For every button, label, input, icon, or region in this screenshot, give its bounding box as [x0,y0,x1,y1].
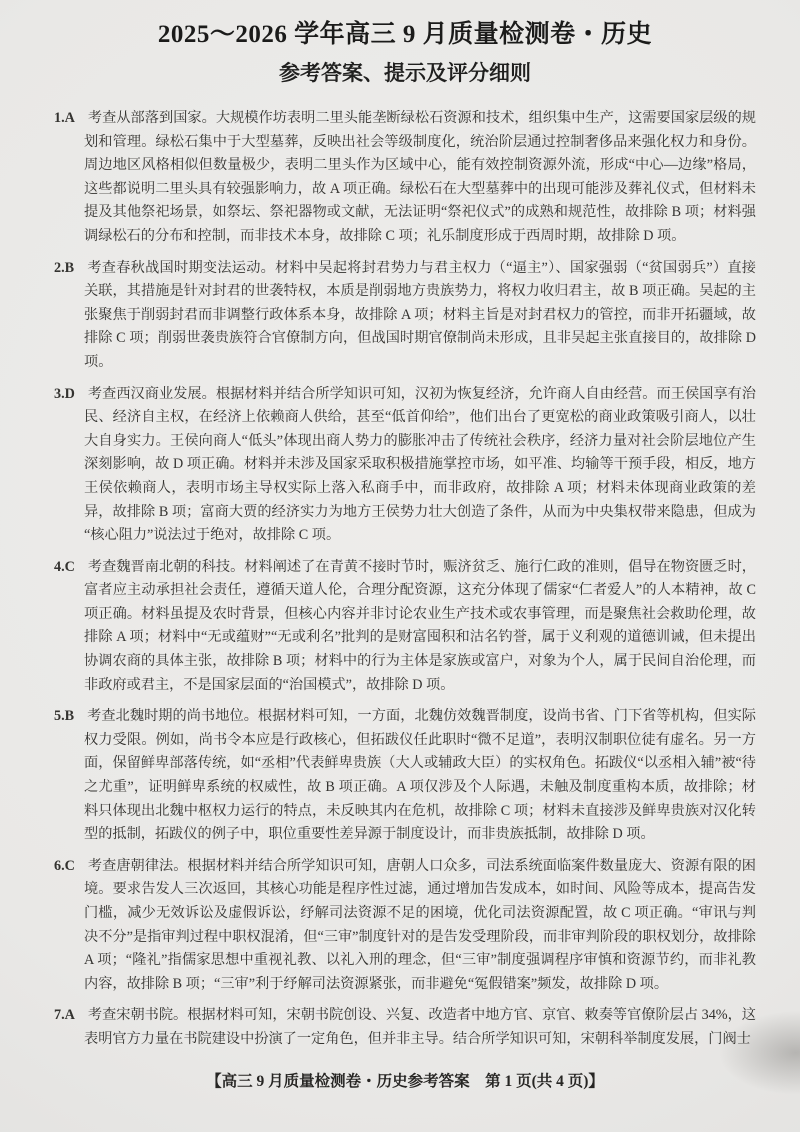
answer-text: 考查宋朝书院。根据材料可知，宋朝书院创设、兴复、改造者中地方官、京官、敕奏等官僚… [84,1007,756,1047]
answer-number: 7.A [54,1007,75,1023]
answer-item-1: 1.A考查从部落到国家。大规模作坊表明二里头能垄断绿松石资源和技术，组织集中生产… [54,107,756,249]
answer-number: 6.C [54,858,75,874]
scanned-exam-answer-page: 2025～2026 学年高三 9 月质量检测卷・历史 参考答案、提示及评分细则 … [0,0,800,1132]
answer-text: 考查西汉商业发展。根据材料并结合所学知识可知，汉初为恢复经济，允许商人自由经营。… [84,386,756,544]
page-title: 2025～2026 学年高三 9 月质量检测卷・历史 [54,14,756,50]
page-content: 2025～2026 学年高三 9 月质量检测卷・历史 参考答案、提示及评分细则 … [54,14,756,1091]
answer-text: 考查魏晋南北朝的科技。材料阐述了在青黄不接时节时，赈济贫乏、施行仁政的准则，倡导… [84,559,756,693]
answer-number: 3.D [54,386,75,402]
answer-text: 考查春秋战国时期变法运动。材料中吴起将封君势力与君主权力（“逼主”）、国家强弱（… [84,260,756,370]
answer-item-6: 6.C考查唐朝律法。根据材料并结合所学知识可知，唐朝人口众多，司法系统面临案件数… [54,855,756,997]
answer-item-5: 5.B考查北魏时期的尚书地位。根据材料可知，一方面，北魏仿效魏晋制度，设尚书省、… [54,705,756,847]
answer-item-7: 7.A考查宋朝书院。根据材料可知，宋朝书院创设、兴复、改造者中地方官、京官、敕奏… [54,1004,756,1051]
answer-number: 4.C [54,559,75,575]
answer-text: 考查唐朝律法。根据材料并结合所学知识可知，唐朝人口众多，司法系统面临案件数量庞大… [84,858,756,992]
answer-item-2: 2.B考查春秋战国时期变法运动。材料中吴起将封君势力与君主权力（“逼主”）、国家… [54,257,756,375]
answer-item-3: 3.D考查西汉商业发展。根据材料并结合所学知识可知，汉初为恢复经济，允许商人自由… [54,383,756,548]
answer-number: 2.B [54,260,74,276]
answer-text: 考查北魏时期的尚书地位。根据材料可知，一方面，北魏仿效魏晋制度，设尚书省、门下省… [84,708,756,842]
page-subtitle: 参考答案、提示及评分细则 [54,57,756,87]
answer-item-4: 4.C考查魏晋南北朝的科技。材料阐述了在青黄不接时节时，赈济贫乏、施行仁政的准则… [54,556,756,698]
answer-text: 考查从部落到国家。大规模作坊表明二里头能垄断绿松石资源和技术，组织集中生产，这需… [84,110,756,244]
answer-list: 1.A考查从部落到国家。大规模作坊表明二里头能垄断绿松石资源和技术，组织集中生产… [54,107,756,1052]
page-footer: 【高三 9 月质量检测卷・历史参考答案 第 1 页(共 4 页)】 [54,1069,756,1091]
answer-number: 5.B [54,708,74,724]
answer-number: 1.A [54,110,75,126]
